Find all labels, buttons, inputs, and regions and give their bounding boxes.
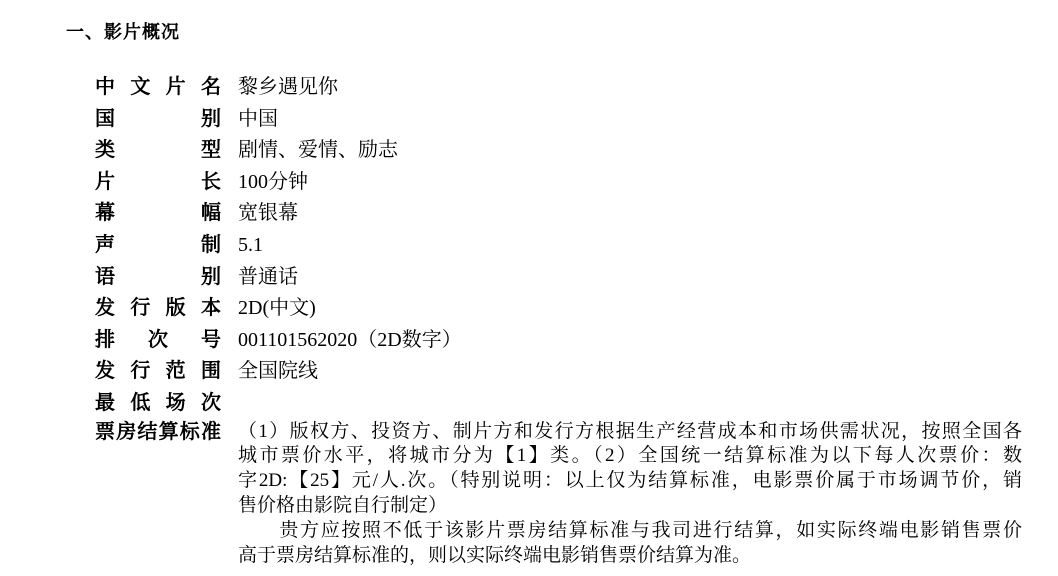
settlement-line: 售价格由影院自行制定）	[238, 494, 1022, 519]
field-row-sound-system: 声制 5.1	[95, 230, 1025, 262]
section-heading: 一、影片概况	[66, 20, 180, 44]
film-overview-fields: 中文片名 黎乡遇见你 国别 中国 类型 剧情、爱情、励志 片长 100分钟 幕幅…	[95, 72, 1025, 568]
settlement-text: （1）版权方、投资方、制片方和发行方根据生产经营成本和市场供需状况，按照全国各 …	[238, 420, 1022, 569]
field-label: 排次号	[95, 325, 221, 357]
field-value: 普通话	[238, 262, 298, 294]
field-value: 2D(中文)	[238, 293, 316, 325]
settlement-paragraph-2: 贵方应按照不低于该影片票房结算标准与我司进行结算，如实际终端电影销售票价 高于票…	[238, 519, 1022, 569]
field-label: 发行范围	[95, 356, 221, 388]
field-label: 类型	[95, 135, 221, 167]
field-value: 剧情、爱情、励志	[238, 135, 398, 167]
field-value: 黎乡遇见你	[238, 72, 338, 104]
field-label: 中文片名	[95, 72, 221, 104]
settlement-line: 贵方应按照不低于该影片票房结算标准与我司进行结算，如实际终端电影销售票价	[238, 519, 1022, 544]
field-value: 001101562020（2D数字）	[238, 325, 462, 357]
field-value: 100分钟	[238, 167, 308, 199]
field-label: 语别	[95, 262, 221, 294]
settlement-line: （1）版权方、投资方、制片方和发行方根据生产经营成本和市场供需状况，按照全国各	[238, 420, 1022, 445]
field-row-minimum-screenings: 最低场次	[95, 388, 1025, 420]
settlement-paragraph-1: （1）版权方、投资方、制片方和发行方根据生产经营成本和市场供需状况，按照全国各 …	[238, 420, 1022, 519]
field-row-box-office-settlement: 票房结算标准 （1）版权方、投资方、制片方和发行方根据生产经营成本和市场供需状况…	[95, 420, 1025, 569]
field-row-release-scope: 发行范围 全国院线	[95, 356, 1025, 388]
field-row-release-version: 发行版本 2D(中文)	[95, 293, 1025, 325]
field-row-language: 语别 普通话	[95, 262, 1025, 294]
settlement-line: 字2D:【25】元/人.次。（特别说明：以上仅为结算标准，电影票价属于市场调节价…	[238, 469, 1022, 494]
document-page: 一、影片概况 中文片名 黎乡遇见你 国别 中国 类型 剧情、爱情、励志 片长 1…	[0, 0, 1058, 576]
field-row-genre: 类型 剧情、爱情、励志	[95, 135, 1025, 167]
field-label: 片长	[95, 167, 221, 199]
settlement-line: 城市票价水平，将城市分为【1】类。（2）全国统一结算标准为以下每人次票价：数	[238, 444, 1022, 469]
field-label: 最低场次	[95, 388, 221, 420]
field-row-screen-format: 幕幅 宽银幕	[95, 198, 1025, 230]
settlement-line: 高于票房结算标准的，则以实际终端电影销售票价结算为准。	[238, 544, 1022, 569]
field-label: 声制	[95, 230, 221, 262]
field-label: 票房结算标准	[95, 420, 221, 445]
field-row-country: 国别 中国	[95, 104, 1025, 136]
field-value: 5.1	[238, 230, 263, 262]
field-row-serial-number: 排次号 001101562020（2D数字）	[95, 325, 1025, 357]
field-value: 宽银幕	[238, 198, 298, 230]
field-label: 发行版本	[95, 293, 221, 325]
field-value: 中国	[238, 104, 278, 136]
field-label: 国别	[95, 104, 221, 136]
field-value: 全国院线	[238, 356, 318, 388]
field-row-runtime: 片长 100分钟	[95, 167, 1025, 199]
field-row-chinese-title: 中文片名 黎乡遇见你	[95, 72, 1025, 104]
field-label: 幕幅	[95, 198, 221, 230]
